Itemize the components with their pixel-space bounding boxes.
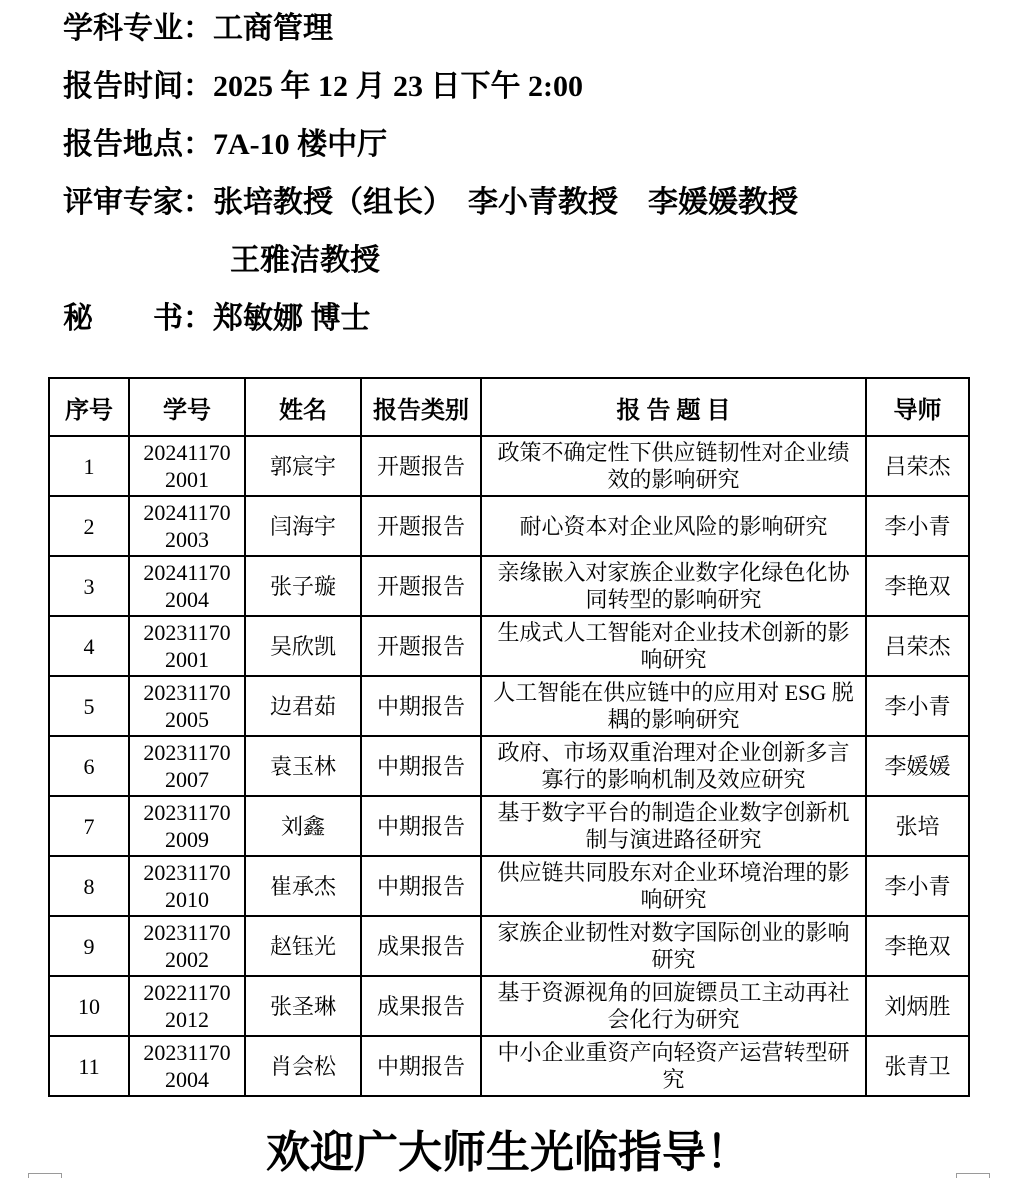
student-id-cell: 20221170 2012 <box>129 976 245 1036</box>
student-id-cell: 20241170 2001 <box>129 436 245 496</box>
advisor-cell: 李小青 <box>866 496 969 556</box>
student-name-cell: 肖会松 <box>245 1036 361 1096</box>
document-page: 学科专业：工商管理 报告时间：2025 年 12 月 23 日下午 2:00 报… <box>0 0 1036 1178</box>
student-name-cell: 张圣琳 <box>245 976 361 1036</box>
student-id-cell: 20231170 2010 <box>129 856 245 916</box>
row-number-cell: 6 <box>49 736 129 796</box>
row-number-cell: 4 <box>49 616 129 676</box>
table-row: 11 20231170 2004 肖会松 中期报告 中小企业重资产向轻资产运营转… <box>49 1036 969 1096</box>
student-name-cell: 郭宸宇 <box>245 436 361 496</box>
student-name-cell: 赵钰光 <box>245 916 361 976</box>
student-id-cell: 20231170 2001 <box>129 616 245 676</box>
advisor-cell: 李小青 <box>866 856 969 916</box>
table-row: 10 20221170 2012 张圣琳 成果报告 基于资源视角的回旋镖员工主动… <box>49 976 969 1036</box>
column-header-name: 姓名 <box>245 378 361 436</box>
info-line-experts: 评审专家：张培教授（组长） 李小青教授 李媛媛教授 <box>63 174 1036 232</box>
report-type-cell: 中期报告 <box>361 796 481 856</box>
column-header-report-type: 报告类别 <box>361 378 481 436</box>
row-number-cell: 2 <box>49 496 129 556</box>
secretary-value: 郑敏娜 博士 <box>213 302 371 335</box>
student-name-cell: 张子璇 <box>245 556 361 616</box>
time-value: 2025 年 12 月 23 日下午 2:00 <box>213 70 583 103</box>
report-title-cell: 家族企业韧性对数字国际创业的影响研究 <box>481 916 866 976</box>
table-header-row: 序号 学号 姓名 报告类别 报 告 题 目 导师 <box>49 378 969 436</box>
report-title-cell: 亲缘嵌入对家族企业数字化绿色化协同转型的影响研究 <box>481 556 866 616</box>
advisor-cell: 吕荣杰 <box>866 616 969 676</box>
report-type-cell: 开题报告 <box>361 436 481 496</box>
info-line-time: 报告时间：2025 年 12 月 23 日下午 2:00 <box>63 58 1036 116</box>
student-id-cell: 20231170 2002 <box>129 916 245 976</box>
info-line-secretary: 秘 书：郑敏娜 博士 <box>63 290 1036 348</box>
report-title-cell: 人工智能在供应链中的应用对 ESG 脱耦的影响研究 <box>481 676 866 736</box>
report-title-cell: 供应链共同股东对企业环境治理的影响研究 <box>481 856 866 916</box>
report-type-cell: 成果报告 <box>361 976 481 1036</box>
place-value: 7A-10 楼中厅 <box>213 128 387 161</box>
row-number-cell: 1 <box>49 436 129 496</box>
report-type-cell: 开题报告 <box>361 556 481 616</box>
student-name-cell: 闫海宇 <box>245 496 361 556</box>
table-row: 3 20241170 2004 张子璇 开题报告 亲缘嵌入对家族企业数字化绿色化… <box>49 556 969 616</box>
info-line-major: 学科专业：工商管理 <box>63 0 1036 58</box>
report-type-cell: 开题报告 <box>361 616 481 676</box>
advisor-cell: 张培 <box>866 796 969 856</box>
table-row: 2 20241170 2003 闫海宇 开题报告 耐心资本对企业风险的影响研究 … <box>49 496 969 556</box>
table-row: 5 20231170 2005 边君茹 中期报告 人工智能在供应链中的应用对 E… <box>49 676 969 736</box>
advisor-cell: 李艳双 <box>866 916 969 976</box>
welcome-message: 欢迎广大师生光临指导！ <box>48 1127 968 1178</box>
report-type-cell: 中期报告 <box>361 1036 481 1096</box>
row-number-cell: 9 <box>49 916 129 976</box>
student-id-cell: 20231170 2009 <box>129 796 245 856</box>
report-title-cell: 基于数字平台的制造企业数字创新机制与演进路径研究 <box>481 796 866 856</box>
student-name-cell: 崔承杰 <box>245 856 361 916</box>
experts-label: 评审专家： <box>63 186 213 219</box>
place-label: 报告地点： <box>63 128 213 161</box>
row-number-cell: 11 <box>49 1036 129 1096</box>
table-row: 9 20231170 2002 赵钰光 成果报告 家族企业韧性对数字国际创业的影… <box>49 916 969 976</box>
major-label: 学科专业： <box>63 12 213 45</box>
table-row: 6 20231170 2007 袁玉林 中期报告 政府、市场双重治理对企业创新多… <box>49 736 969 796</box>
student-id-cell: 20231170 2007 <box>129 736 245 796</box>
time-label: 报告时间： <box>63 70 213 103</box>
advisor-cell: 李艳双 <box>866 556 969 616</box>
column-header-student-id: 学号 <box>129 378 245 436</box>
major-value: 工商管理 <box>213 12 333 45</box>
experts-value-line2: 王雅洁教授 <box>230 244 380 277</box>
report-schedule-table: 序号 学号 姓名 报告类别 报 告 题 目 导师 1 20241170 2001… <box>48 377 970 1097</box>
report-type-cell: 中期报告 <box>361 856 481 916</box>
table-row: 4 20231170 2001 吴欣凯 开题报告 生成式人工智能对企业技术创新的… <box>49 616 969 676</box>
advisor-cell: 李小青 <box>866 676 969 736</box>
table-row: 7 20231170 2009 刘鑫 中期报告 基于数字平台的制造企业数字创新机… <box>49 796 969 856</box>
text-boundary-mark-left <box>28 1173 62 1178</box>
table-row: 8 20231170 2010 崔承杰 中期报告 供应链共同股东对企业环境治理的… <box>49 856 969 916</box>
info-line-experts-continued: 王雅洁教授 <box>63 232 1036 290</box>
report-type-cell: 中期报告 <box>361 676 481 736</box>
info-section: 学科专业：工商管理 报告时间：2025 年 12 月 23 日下午 2:00 报… <box>0 0 1036 348</box>
secretary-label: 秘 书： <box>63 302 213 335</box>
row-number-cell: 10 <box>49 976 129 1036</box>
student-id-cell: 20241170 2004 <box>129 556 245 616</box>
column-header-advisor: 导师 <box>866 378 969 436</box>
student-name-cell: 刘鑫 <box>245 796 361 856</box>
advisor-cell: 吕荣杰 <box>866 436 969 496</box>
report-type-cell: 开题报告 <box>361 496 481 556</box>
text-boundary-mark-right <box>956 1173 990 1178</box>
table-row: 1 20241170 2001 郭宸宇 开题报告 政策不确定性下供应链韧性对企业… <box>49 436 969 496</box>
report-type-cell: 成果报告 <box>361 916 481 976</box>
report-title-cell: 耐心资本对企业风险的影响研究 <box>481 496 866 556</box>
report-title-cell: 政策不确定性下供应链韧性对企业绩效的影响研究 <box>481 436 866 496</box>
advisor-cell: 张青卫 <box>866 1036 969 1096</box>
column-header-title: 报 告 题 目 <box>481 378 866 436</box>
report-title-cell: 中小企业重资产向轻资产运营转型研究 <box>481 1036 866 1096</box>
advisor-cell: 李媛媛 <box>866 736 969 796</box>
report-type-cell: 中期报告 <box>361 736 481 796</box>
student-name-cell: 袁玉林 <box>245 736 361 796</box>
report-title-cell: 生成式人工智能对企业技术创新的影响研究 <box>481 616 866 676</box>
row-number-cell: 8 <box>49 856 129 916</box>
experts-value-line1: 张培教授（组长） 李小青教授 李媛媛教授 <box>213 186 798 219</box>
student-name-cell: 边君茹 <box>245 676 361 736</box>
row-number-cell: 5 <box>49 676 129 736</box>
row-number-cell: 7 <box>49 796 129 856</box>
student-id-cell: 20231170 2005 <box>129 676 245 736</box>
report-title-cell: 基于资源视角的回旋镖员工主动再社会化行为研究 <box>481 976 866 1036</box>
report-table-body: 1 20241170 2001 郭宸宇 开题报告 政策不确定性下供应链韧性对企业… <box>49 436 969 1096</box>
column-header-index: 序号 <box>49 378 129 436</box>
info-line-place: 报告地点：7A-10 楼中厅 <box>63 116 1036 174</box>
row-number-cell: 3 <box>49 556 129 616</box>
advisor-cell: 刘炳胜 <box>866 976 969 1036</box>
student-name-cell: 吴欣凯 <box>245 616 361 676</box>
report-title-cell: 政府、市场双重治理对企业创新多言寡行的影响机制及效应研究 <box>481 736 866 796</box>
student-id-cell: 20231170 2004 <box>129 1036 245 1096</box>
student-id-cell: 20241170 2003 <box>129 496 245 556</box>
